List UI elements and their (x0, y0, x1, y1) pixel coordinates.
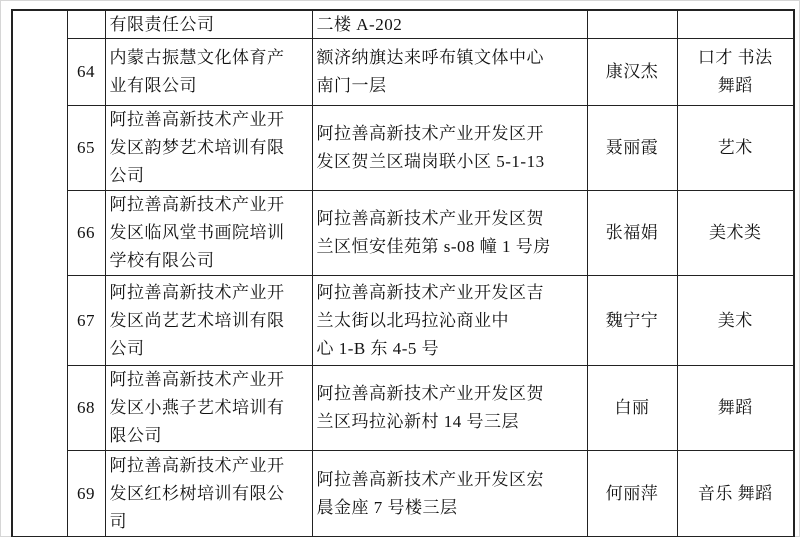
cell-address: 阿拉善高新技术产业开发区贺 兰区恒安佳苑第 s-08 幢 1 号房 (312, 191, 587, 276)
cell-contact-person: 聂丽霞 (587, 106, 677, 191)
cell-category: 美术类 (677, 191, 794, 276)
cell-contact-person: 白丽 (587, 366, 677, 451)
cell-number: 69 (67, 451, 105, 537)
cell-address: 阿拉善高新技术产业开发区吉 兰太街以北玛拉沁商业中 心 1-B 东 4-5 号 (312, 276, 587, 366)
table-row-64: 64 内蒙古振慧文化体育产 业有限公司 额济纳旗达来呼布镇文体中心 南门一层 康… (12, 39, 794, 106)
cell-category: 音乐 舞蹈 (677, 451, 794, 537)
cell-number: 66 (67, 191, 105, 276)
cell-address: 阿拉善高新技术产业开发区贺 兰区玛拉沁新村 14 号三层 (312, 366, 587, 451)
document-page: 有限责任公司 二楼 A-202 64 内蒙古振慧文化体育产 业有限公司 额济纳旗… (0, 0, 800, 537)
cell-category: 口才 书法 舞蹈 (677, 39, 794, 106)
cell-company-name: 有限责任公司 (105, 10, 312, 39)
cell-contact-person: 康汉杰 (587, 39, 677, 106)
cell-number: 64 (67, 39, 105, 106)
table-row-continued: 有限责任公司 二楼 A-202 (12, 10, 794, 39)
cell-company-name: 阿拉善高新技术产业开 发区红杉树培训有限公 司 (105, 451, 312, 537)
cell-company-name: 内蒙古振慧文化体育产 业有限公司 (105, 39, 312, 106)
cell-contact-person: 张福娟 (587, 191, 677, 276)
cell-company-name: 阿拉善高新技术产业开 发区尚艺艺术培训有限 公司 (105, 276, 312, 366)
table-row-65: 65 阿拉善高新技术产业开 发区韵梦艺术培训有限 公司 阿拉善高新技术产业开发区… (12, 106, 794, 191)
cell-company-name: 阿拉善高新技术产业开 发区小燕子艺术培训有 限公司 (105, 366, 312, 451)
cell-contact-person: 何丽萍 (587, 451, 677, 537)
left-margin-cell (12, 10, 67, 537)
cell-address: 阿拉善高新技术产业开发区宏 晨金座 7 号楼三层 (312, 451, 587, 537)
cell-number: 65 (67, 106, 105, 191)
cell-category: 美术 (677, 276, 794, 366)
cell-number: 68 (67, 366, 105, 451)
table-row-66: 66 阿拉善高新技术产业开 发区临风堂书画院培训 学校有限公司 阿拉善高新技术产… (12, 191, 794, 276)
cell-number: 67 (67, 276, 105, 366)
table-row-67: 67 阿拉善高新技术产业开 发区尚艺艺术培训有限 公司 阿拉善高新技术产业开发区… (12, 276, 794, 366)
cell-address: 阿拉善高新技术产业开发区开 发区贺兰区瑞岗联小区 5-1-13 (312, 106, 587, 191)
cell-address: 二楼 A-202 (312, 10, 587, 39)
table-row-68: 68 阿拉善高新技术产业开 发区小燕子艺术培训有 限公司 阿拉善高新技术产业开发… (12, 366, 794, 451)
table-row-69: 69 阿拉善高新技术产业开 发区红杉树培训有限公 司 阿拉善高新技术产业开发区宏… (12, 451, 794, 537)
cell-company-name: 阿拉善高新技术产业开 发区韵梦艺术培训有限 公司 (105, 106, 312, 191)
cell-category: 舞蹈 (677, 366, 794, 451)
cell-company-name: 阿拉善高新技术产业开 发区临风堂书画院培训 学校有限公司 (105, 191, 312, 276)
institutions-table: 有限责任公司 二楼 A-202 64 内蒙古振慧文化体育产 业有限公司 额济纳旗… (11, 9, 795, 537)
cell-category (677, 10, 794, 39)
cell-category: 艺术 (677, 106, 794, 191)
cell-address: 额济纳旗达来呼布镇文体中心 南门一层 (312, 39, 587, 106)
cell-contact-person (587, 10, 677, 39)
cell-number (67, 10, 105, 39)
cell-contact-person: 魏宁宁 (587, 276, 677, 366)
